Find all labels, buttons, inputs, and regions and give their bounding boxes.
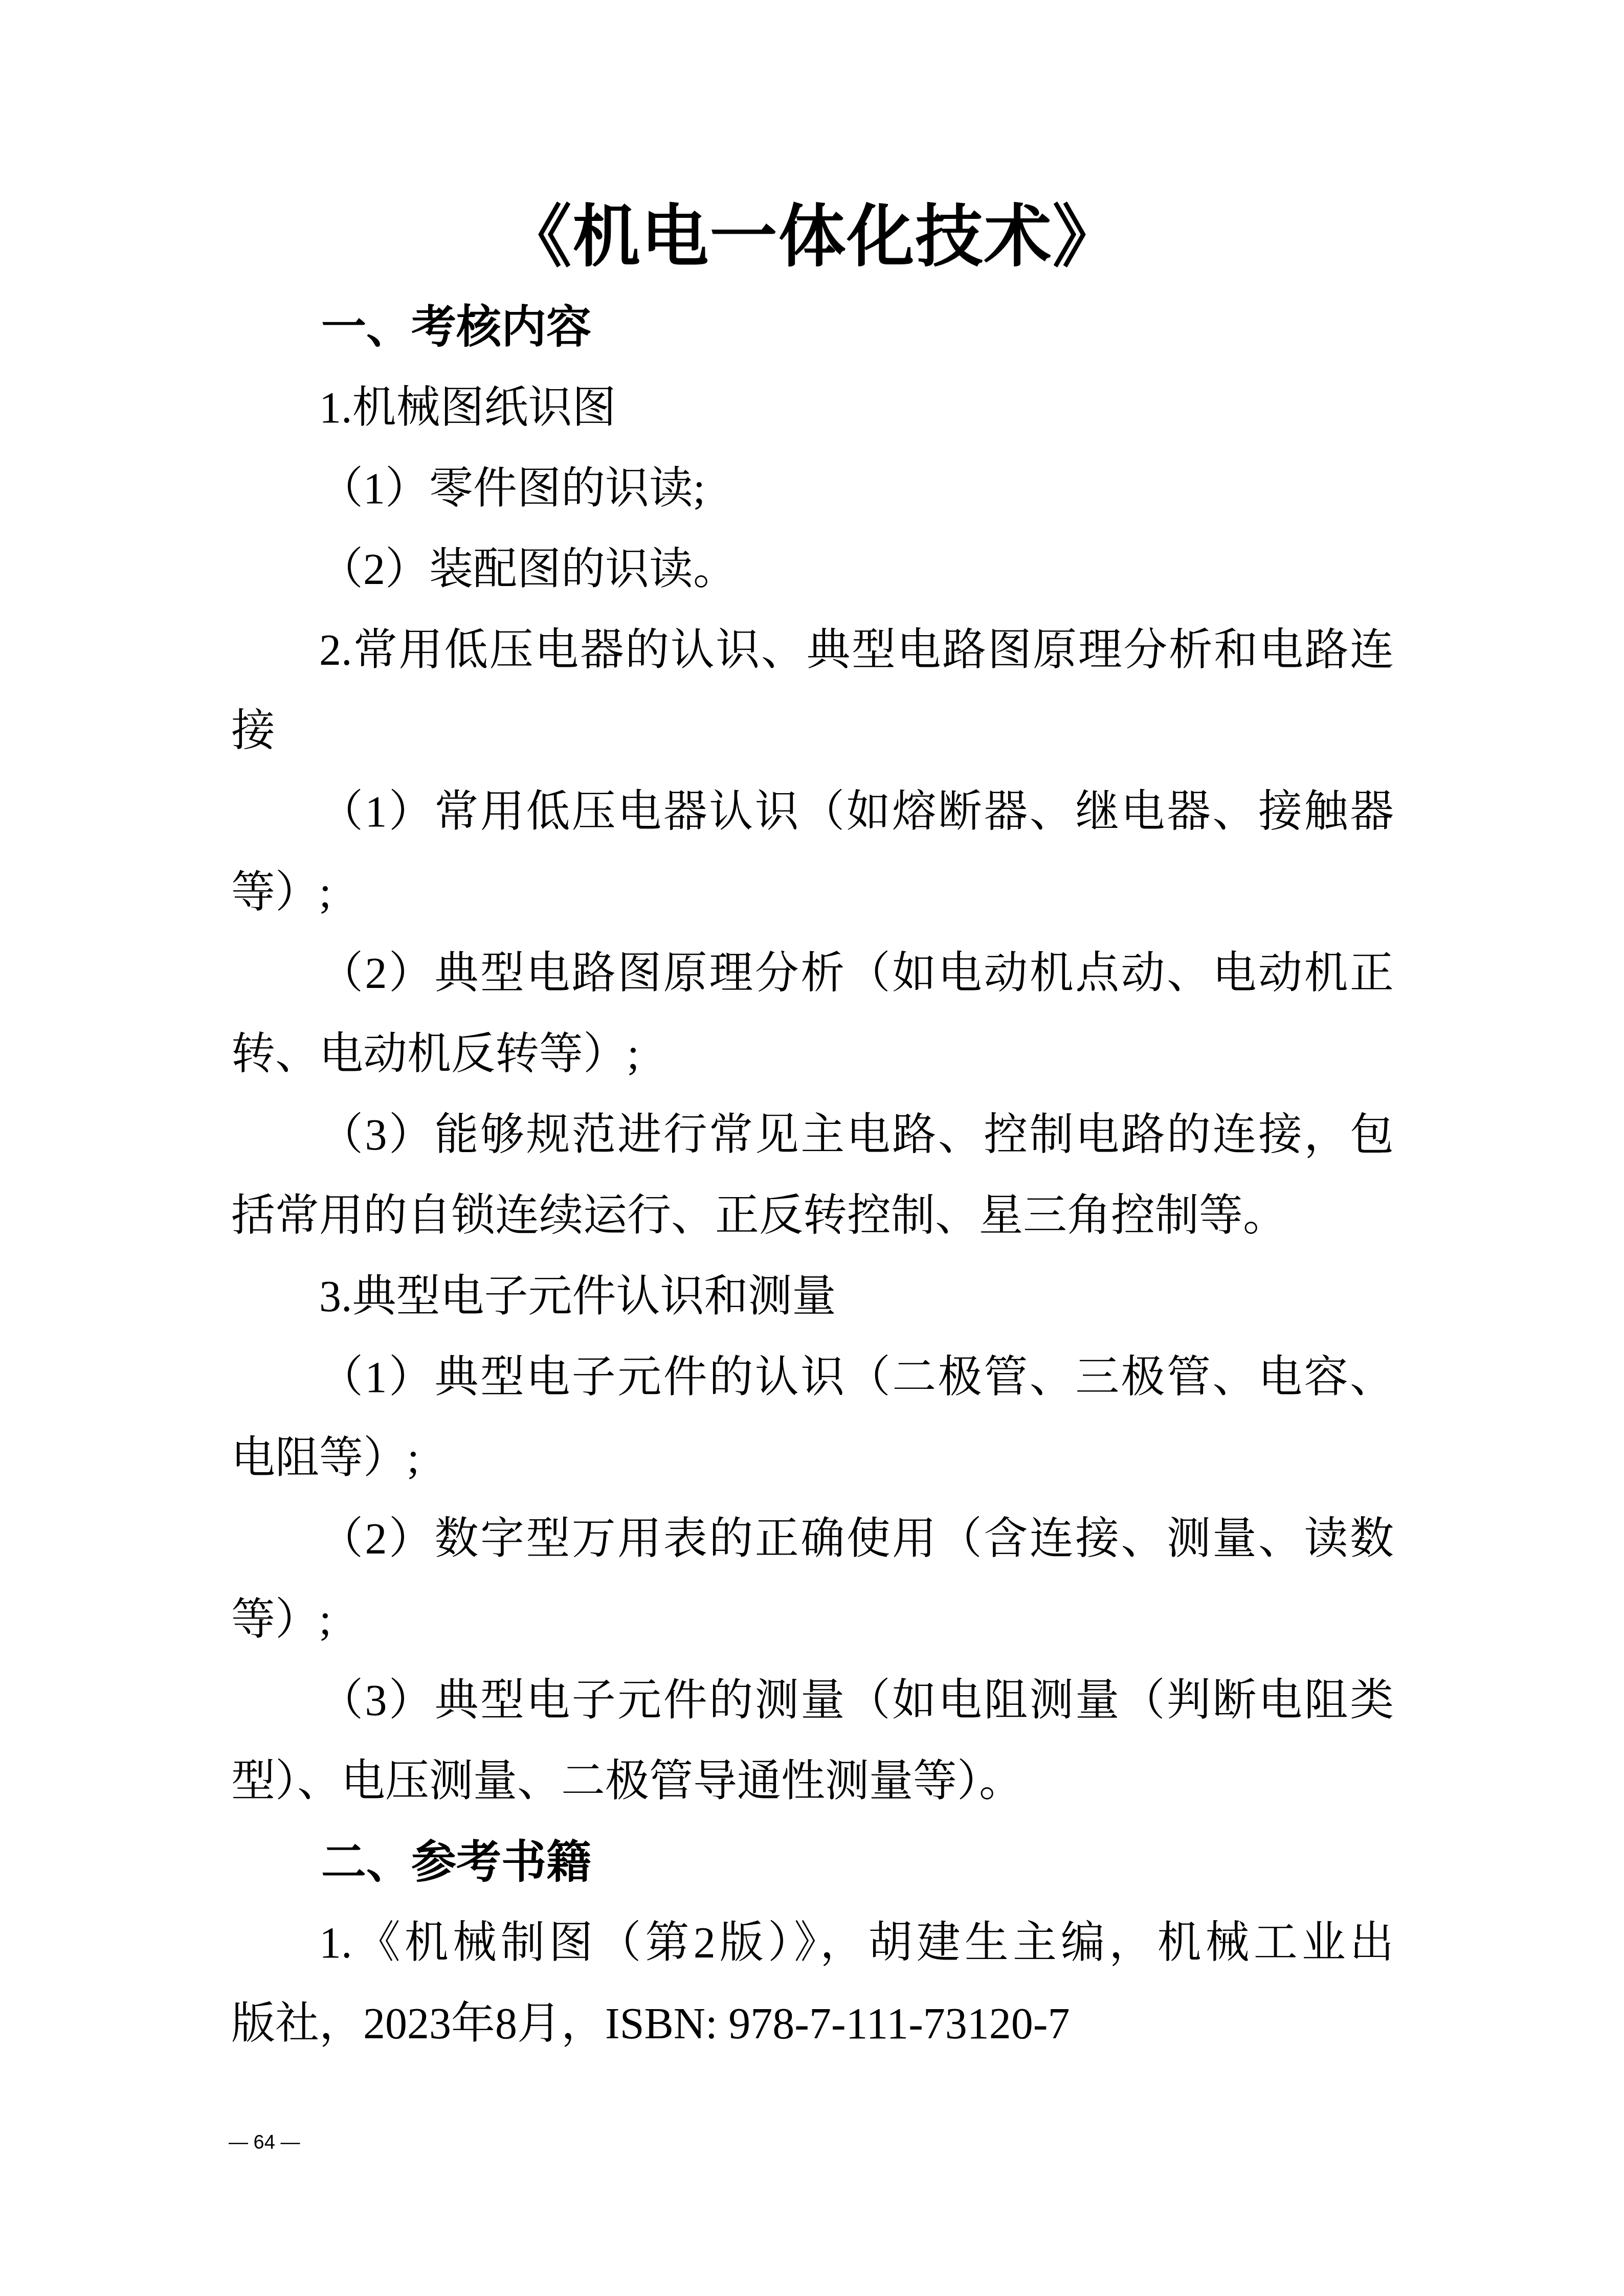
- section-heading: 一、考核内容: [231, 286, 1394, 367]
- body-text-line: 接: [231, 690, 1394, 771]
- document-page: 《机电一体化技术》 一、考核内容1.机械图纸识图（1）零件图的识读;（2）装配图…: [0, 0, 1624, 2296]
- body-text-line: （3）能够规范进行常见主电路、控制电路的连接，包: [231, 1094, 1394, 1175]
- body-text-line: （2）装配图的识读。: [231, 529, 1394, 610]
- section-heading: 二、参考书籍: [231, 1821, 1394, 1902]
- body-text-line: （3）典型电子元件的测量（如电阻测量（判断电阻类: [231, 1660, 1394, 1741]
- body-text-line: （1）零件图的识读;: [231, 448, 1394, 529]
- body-text-line: 2.常用低压电器的认识、典型电路图原理分析和电路连: [231, 610, 1394, 690]
- body-text-line: 1.《机械制图（第2版）》，胡建生主编，机械工业出: [231, 1902, 1394, 1983]
- body-text-line: 1.机械图纸识图: [231, 367, 1394, 448]
- body-text-line: 括常用的自锁连续运行、正反转控制、星三角控制等。: [231, 1175, 1394, 1256]
- body-text-line: 转、电动机反转等）;: [231, 1014, 1394, 1094]
- body-text-line: （2）数字型万用表的正确使用（含连接、测量、读数: [231, 1498, 1394, 1579]
- document-body: 一、考核内容1.机械图纸识图（1）零件图的识读;（2）装配图的识读。2.常用低压…: [231, 286, 1394, 2064]
- body-text-line: （2）典型电路图原理分析（如电动机点动、电动机正: [231, 933, 1394, 1014]
- body-text-line: 电阻等）;: [231, 1417, 1394, 1498]
- page-number: — 64 —: [229, 2131, 300, 2154]
- body-text-line: 型）、电压测量、二极管导通性测量等）。: [231, 1741, 1394, 1821]
- document-title: 《机电一体化技术》: [231, 188, 1394, 286]
- body-text-line: （1）典型电子元件的认识（二极管、三极管、电容、: [231, 1337, 1394, 1417]
- body-text-line: 等）;: [231, 852, 1394, 933]
- document-content: 《机电一体化技术》 一、考核内容1.机械图纸识图（1）零件图的识读;（2）装配图…: [231, 188, 1394, 2064]
- body-text-line: 3.典型电子元件认识和测量: [231, 1256, 1394, 1337]
- body-text-line: 等）;: [231, 1579, 1394, 1660]
- body-text-line: （1）常用低压电器认识（如熔断器、继电器、接触器: [231, 771, 1394, 852]
- body-text-line: 版社，2023年8月，ISBN: 978-7-111-73120-7: [231, 1983, 1394, 2064]
